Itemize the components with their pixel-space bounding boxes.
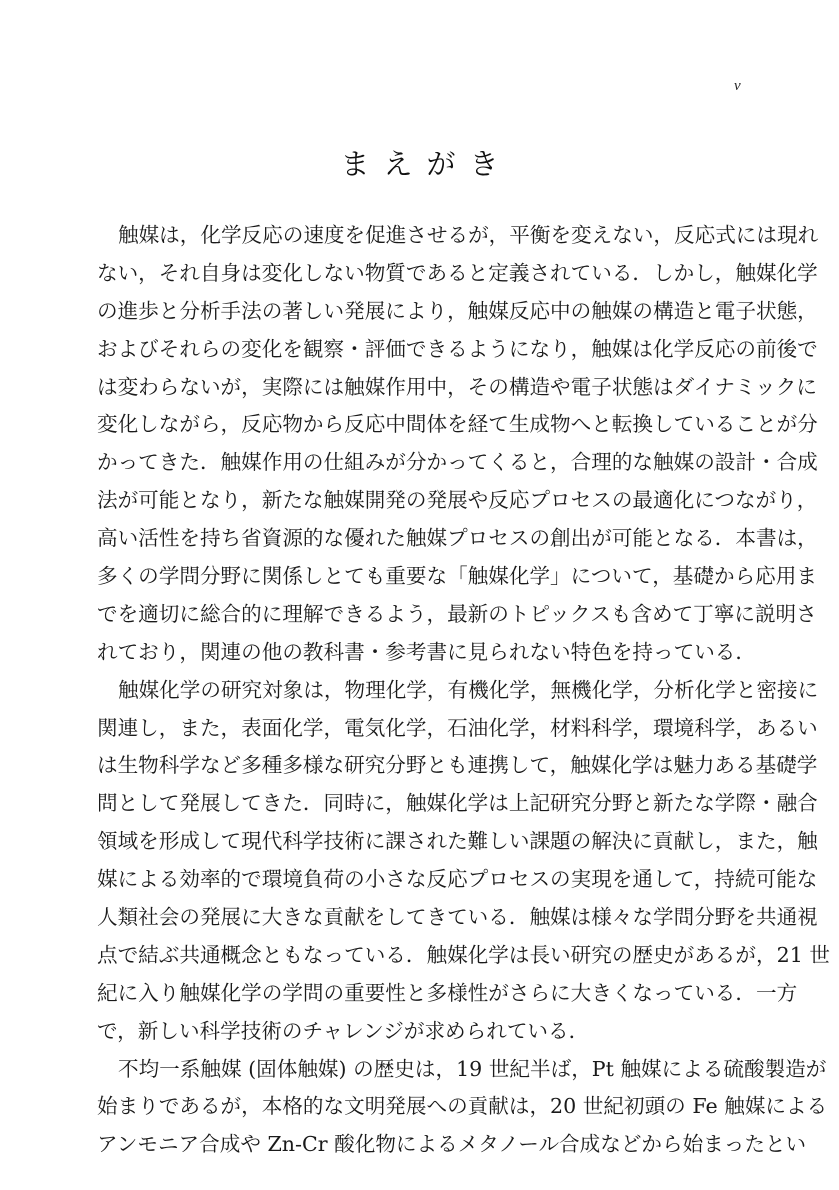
text-line: 点で結ぶ共通概念ともなっている．触媒化学は長い研究の歴史があるが，21 世 — [97, 937, 747, 975]
paragraph-1: 触媒は，化学反応の速度を促進させるが，平衡を変えない，反応式には現れ ない，それ… — [97, 217, 747, 672]
text-line: アンモニア合成や Zn-Cr 酸化物によるメタノール合成などから始まったとい — [97, 1126, 747, 1164]
body-text: 触媒は，化学反応の速度を促進させるが，平衡を変えない，反応式には現れ ない，それ… — [97, 217, 747, 1164]
text-line: 始まりであるが，本格的な文明発展への貢献は，20 世紀初頭の Fe 触媒による — [97, 1088, 747, 1126]
page-number: v — [734, 78, 741, 95]
text-line: 高い活性を持ち省資源的な優れた触媒プロセスの創出が可能となる．本書は， — [97, 520, 747, 558]
text-line: でを適切に総合的に理解できるよう，最新のトピックスも含めて丁寧に説明さ — [97, 596, 747, 634]
paragraph-2: 触媒化学の研究対象は，物理化学，有機化学，無機化学，分析化学と密接に 関連し，ま… — [97, 672, 747, 1051]
text-line: 不均一系触媒 (固体触媒) の歴史は，19 世紀半ば，Pt 触媒による硫酸製造が — [97, 1051, 747, 1089]
text-line: およびそれらの変化を観察・評価できるようになり，触媒は化学反応の前後で — [97, 331, 747, 369]
text-line: 領域を形成して現代科学技術に課された難しい課題の解決に貢献し，また，触 — [97, 823, 747, 861]
text-line: 関連し，また，表面化学，電気化学，石油化学，材料科学，環境科学，あるい — [97, 710, 747, 748]
text-line: 多くの学問分野に関係しとても重要な「触媒化学」について，基礎から応用ま — [97, 558, 747, 596]
text-line: れており，関連の他の教科書・参考書に見られない特色を持っている． — [97, 634, 747, 672]
text-line: 紀に入り触媒化学の学問の重要性と多様性がさらに大きくなっている．一方 — [97, 975, 747, 1013]
text-line: 人類社会の発展に大きな貢献をしてきている．触媒は様々な学問分野を共通視 — [97, 899, 747, 937]
text-line: で，新しい科学技術のチャレンジが求められている． — [97, 1013, 747, 1051]
text-line: 法が可能となり，新たな触媒開発の発展や反応プロセスの最適化につながり， — [97, 482, 747, 520]
page-title: まえがき — [0, 142, 839, 183]
text-line: 媒による効率的で環境負荷の小さな反応プロセスの実現を通して，持続可能な — [97, 861, 747, 899]
text-line: 問として発展してきた．同時に，触媒化学は上記研究分野と新たな学際・融合 — [97, 785, 747, 823]
text-line: かってきた．触媒作用の仕組みが分かってくると，合理的な触媒の設計・合成 — [97, 444, 747, 482]
text-line: 変化しながら，反応物から反応中間体を経て生成物へと転換していることが分 — [97, 406, 747, 444]
paragraph-3: 不均一系触媒 (固体触媒) の歴史は，19 世紀半ば，Pt 触媒による硫酸製造が… — [97, 1051, 747, 1165]
text-line: 触媒化学の研究対象は，物理化学，有機化学，無機化学，分析化学と密接に — [97, 672, 747, 710]
text-line: の進歩と分析手法の著しい発展により，触媒反応中の触媒の構造と電子状態， — [97, 293, 747, 331]
text-line: は変わらないが，実際には触媒作用中，その構造や電子状態はダイナミックに — [97, 369, 747, 407]
text-line: は生物科学など多種多様な研究分野とも連携して，触媒化学は魅力ある基礎学 — [97, 747, 747, 785]
text-line: ない，それ自身は変化しない物質であると定義されている．しかし，触媒化学 — [97, 255, 747, 293]
text-line: 触媒は，化学反応の速度を促進させるが，平衡を変えない，反応式には現れ — [97, 217, 747, 255]
